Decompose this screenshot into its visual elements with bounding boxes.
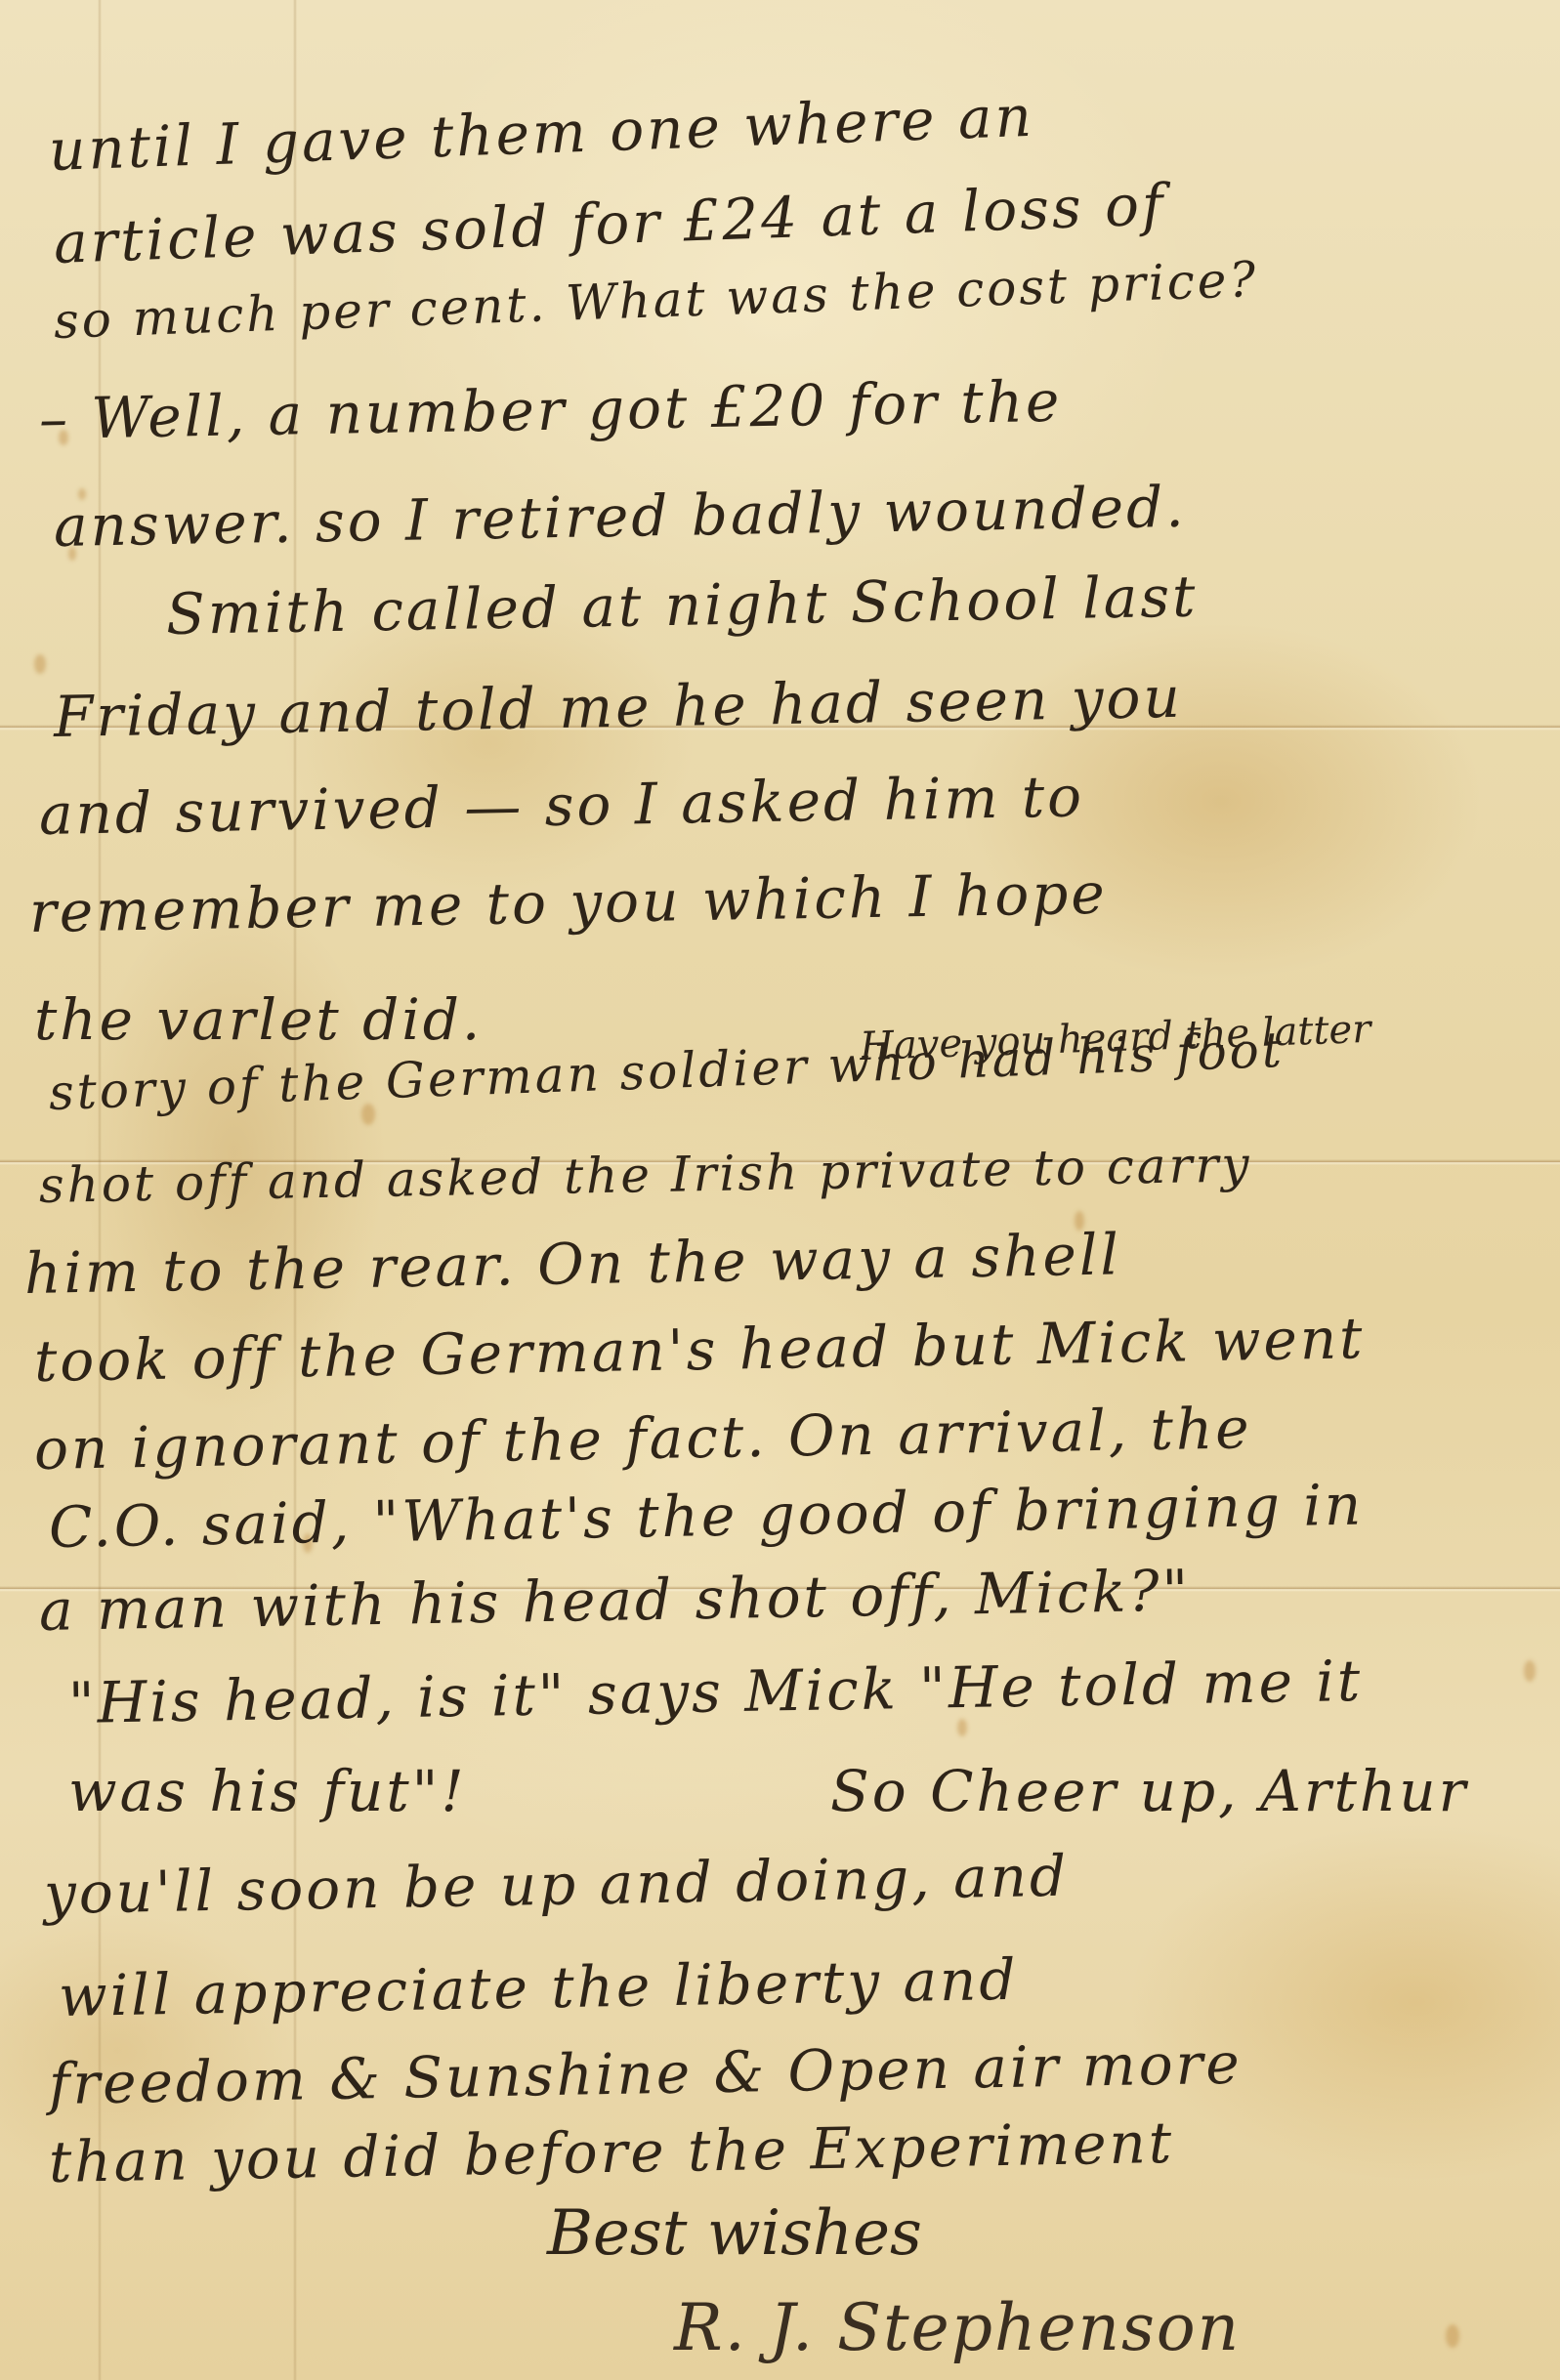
letter-line: answer. so I retired badly wounded.: [53, 474, 1187, 560]
letter-line: and survived — so I asked him to: [38, 763, 1084, 848]
letter-line: on ignorant of the fact. On arrival, the: [33, 1395, 1252, 1482]
paper-stain: [1446, 2324, 1459, 2348]
letter-closing: Best wishes: [547, 2197, 922, 2270]
letter-line: Friday and told me he had seen you: [53, 664, 1183, 750]
letter-line: took off the German's head but Mick went: [33, 1305, 1366, 1395]
letter-line: Smith called at night School last: [165, 564, 1199, 647]
letter-line: was his fut"!: [68, 1758, 467, 1824]
paper-stain: [34, 654, 46, 674]
letter-line: freedom & Sunshine & Open air more: [48, 2030, 1243, 2117]
letter-line: will appreciate the liberty and: [58, 1946, 1019, 2029]
letter-line: remember me to you which I hope: [28, 860, 1108, 945]
letter-line: the varlet did.: [34, 986, 483, 1053]
letter-line: shot off and asked the Irish private to …: [38, 1136, 1252, 1214]
paper-stain: [957, 1719, 967, 1736]
letter-line: you'll soon be up and doing, and: [43, 1843, 1069, 1927]
letter-line: him to the rear. On the way a shell: [23, 1221, 1121, 1307]
letter-signature: R. J. Stephenson: [674, 2290, 1241, 2365]
letter-line: than you did before the Experiment: [48, 2109, 1174, 2195]
letter-line: "His head, is it" says Mick "He told me …: [67, 1648, 1363, 1736]
letter-page: until I gave them one where an article w…: [0, 0, 1560, 2380]
letter-line: – Well, a number got £20 for the: [38, 368, 1062, 452]
letter-line: until I gave them one where an: [48, 83, 1035, 184]
paper-stain: [1524, 1660, 1536, 1682]
letter-line: a man with his head shot off, Mick?": [38, 1557, 1191, 1644]
letter-insert-cheer-up: So Cheer up, Arthur: [830, 1758, 1468, 1824]
letter-line: C.O. said, "What's the good of bringing …: [48, 1472, 1364, 1561]
